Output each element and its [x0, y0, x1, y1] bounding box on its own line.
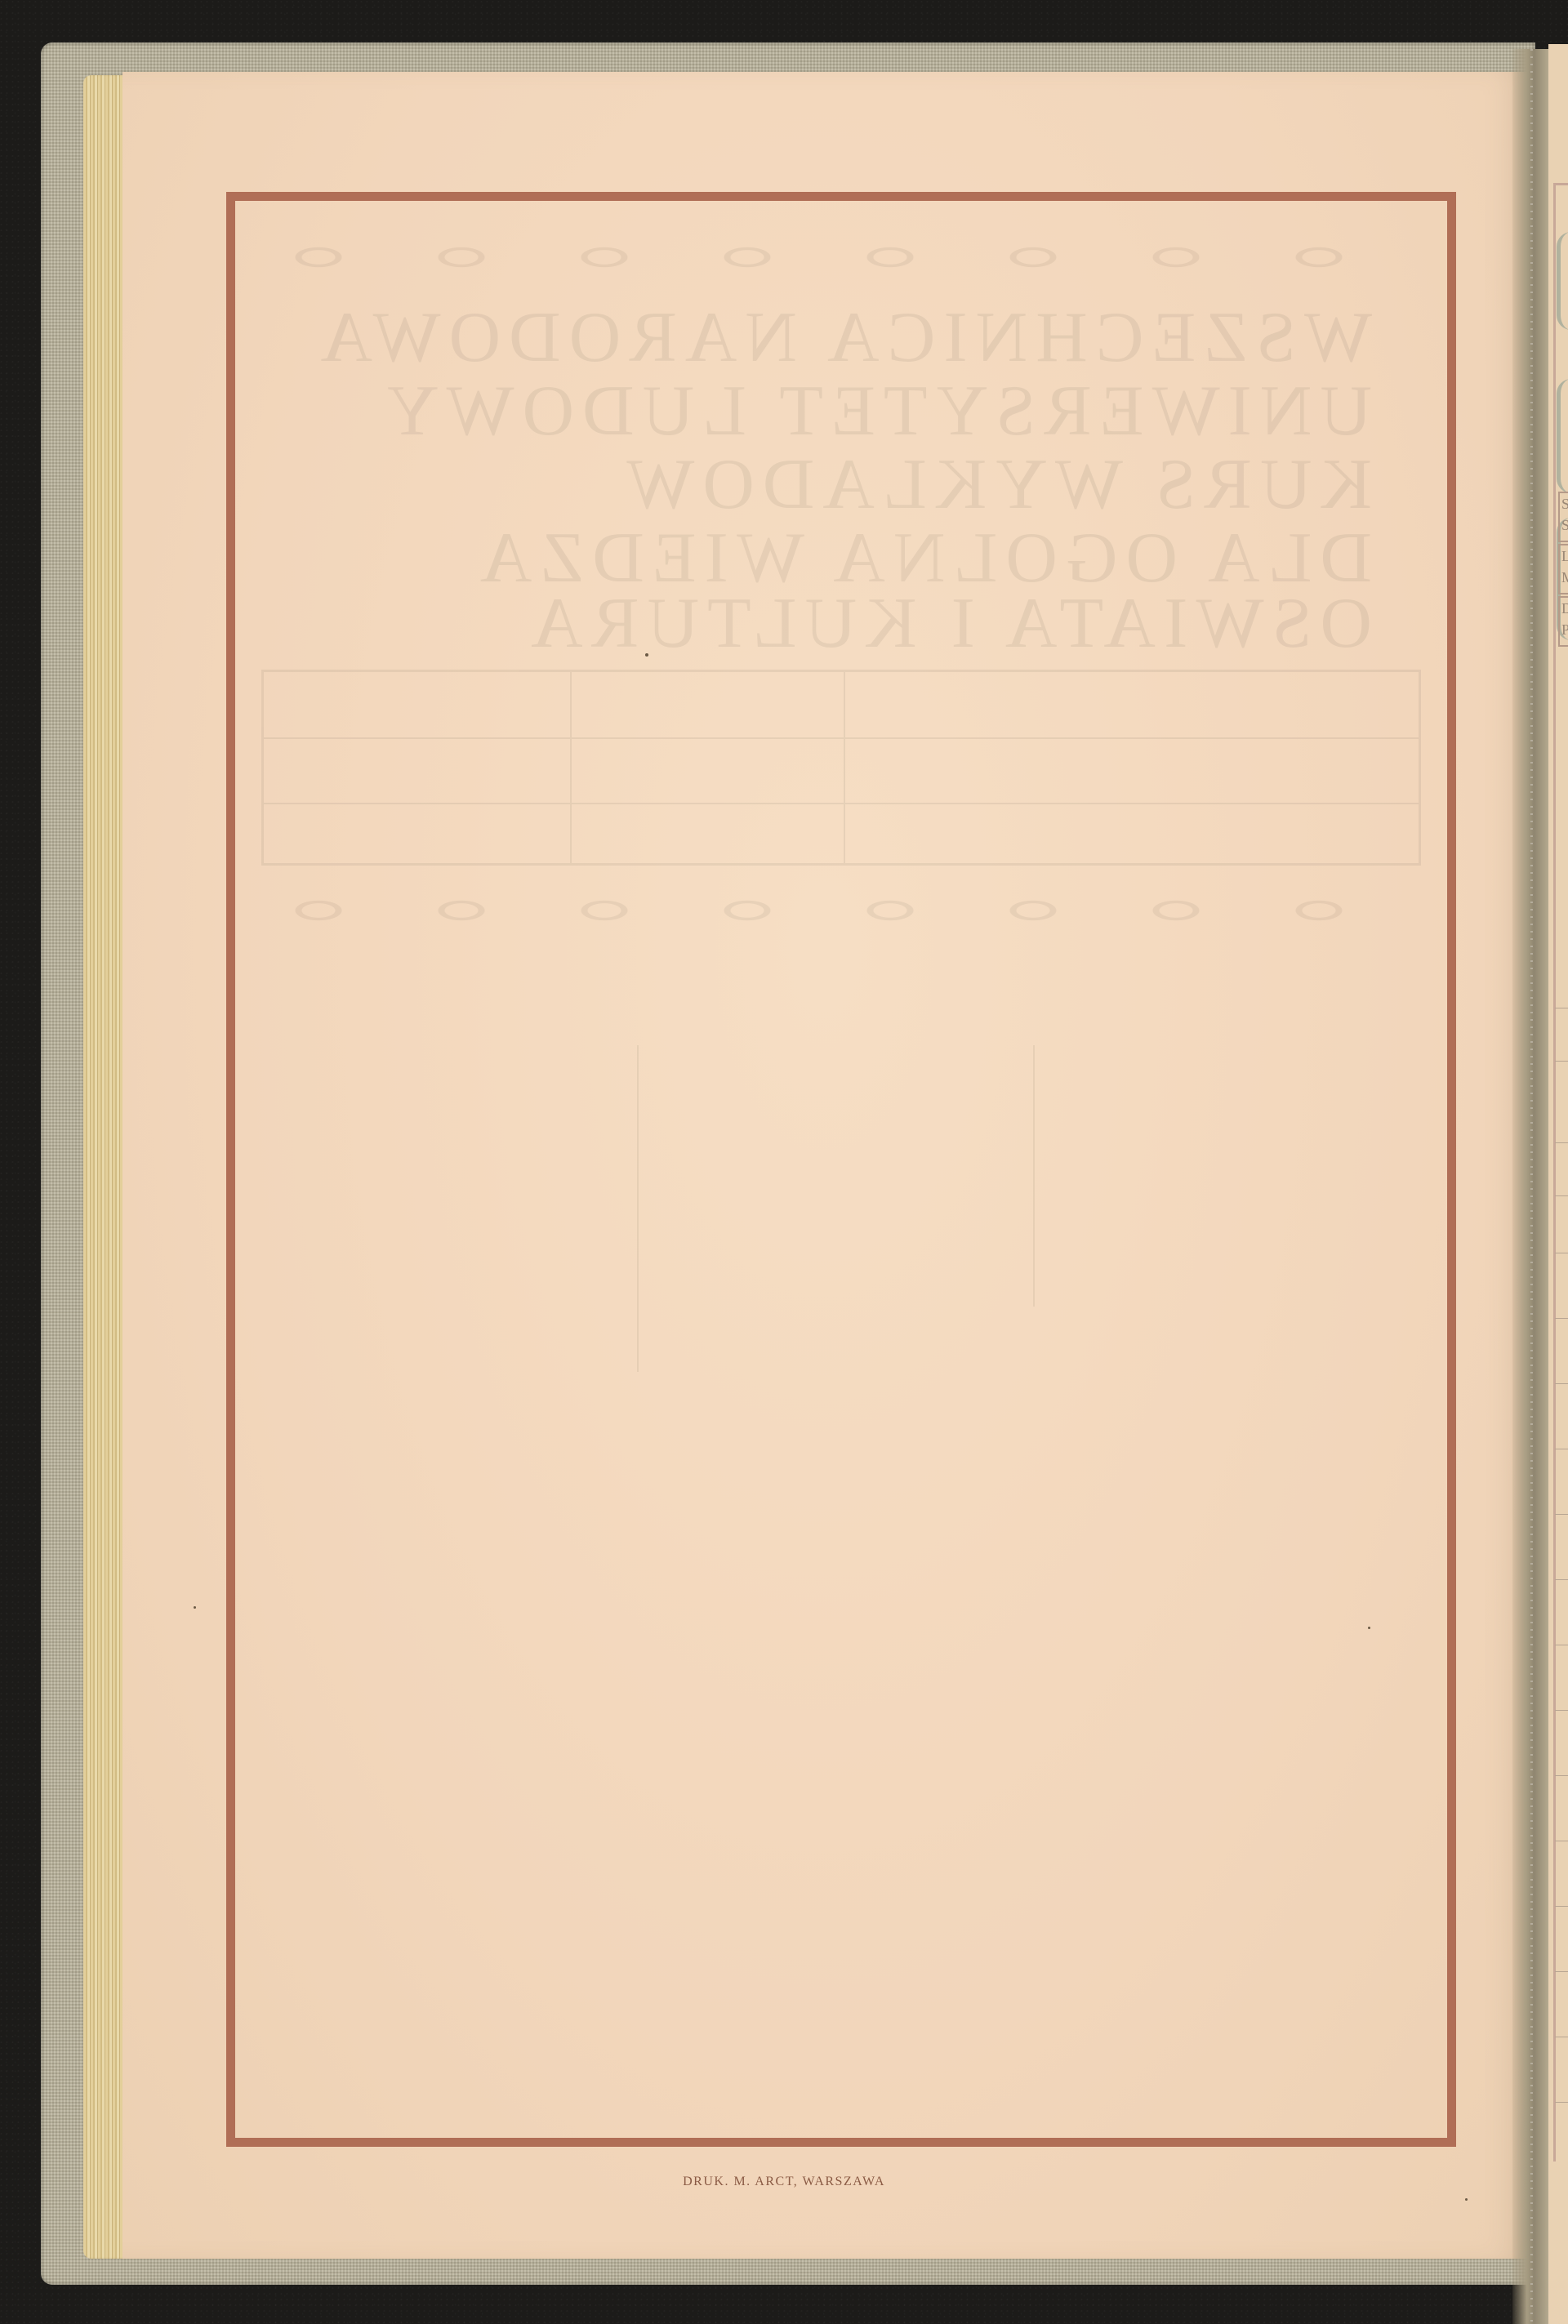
adjacent-ornament [1557, 232, 1568, 330]
paper-speck [1465, 2198, 1468, 2201]
adjacent-ornament [1557, 379, 1568, 493]
printed-red-frame [226, 192, 1456, 2147]
adjacent-label-box: SCSZ [1558, 492, 1568, 542]
printer-imprint: DRUK. M. ARCT, WARSZAWA [0, 2175, 1568, 2189]
paper-speck [1368, 1627, 1370, 1629]
paper-speck [645, 653, 648, 657]
adjacent-label-box: DIPO [1558, 596, 1568, 647]
gutter-glint [1530, 49, 1533, 2324]
stacked-page-edges [83, 75, 126, 2259]
adjacent-label-box: LOMI [1558, 544, 1568, 594]
paper-speck [194, 1606, 196, 1609]
adjacent-page-edge: SCSZ LOMI DIPO [1548, 44, 1568, 2324]
